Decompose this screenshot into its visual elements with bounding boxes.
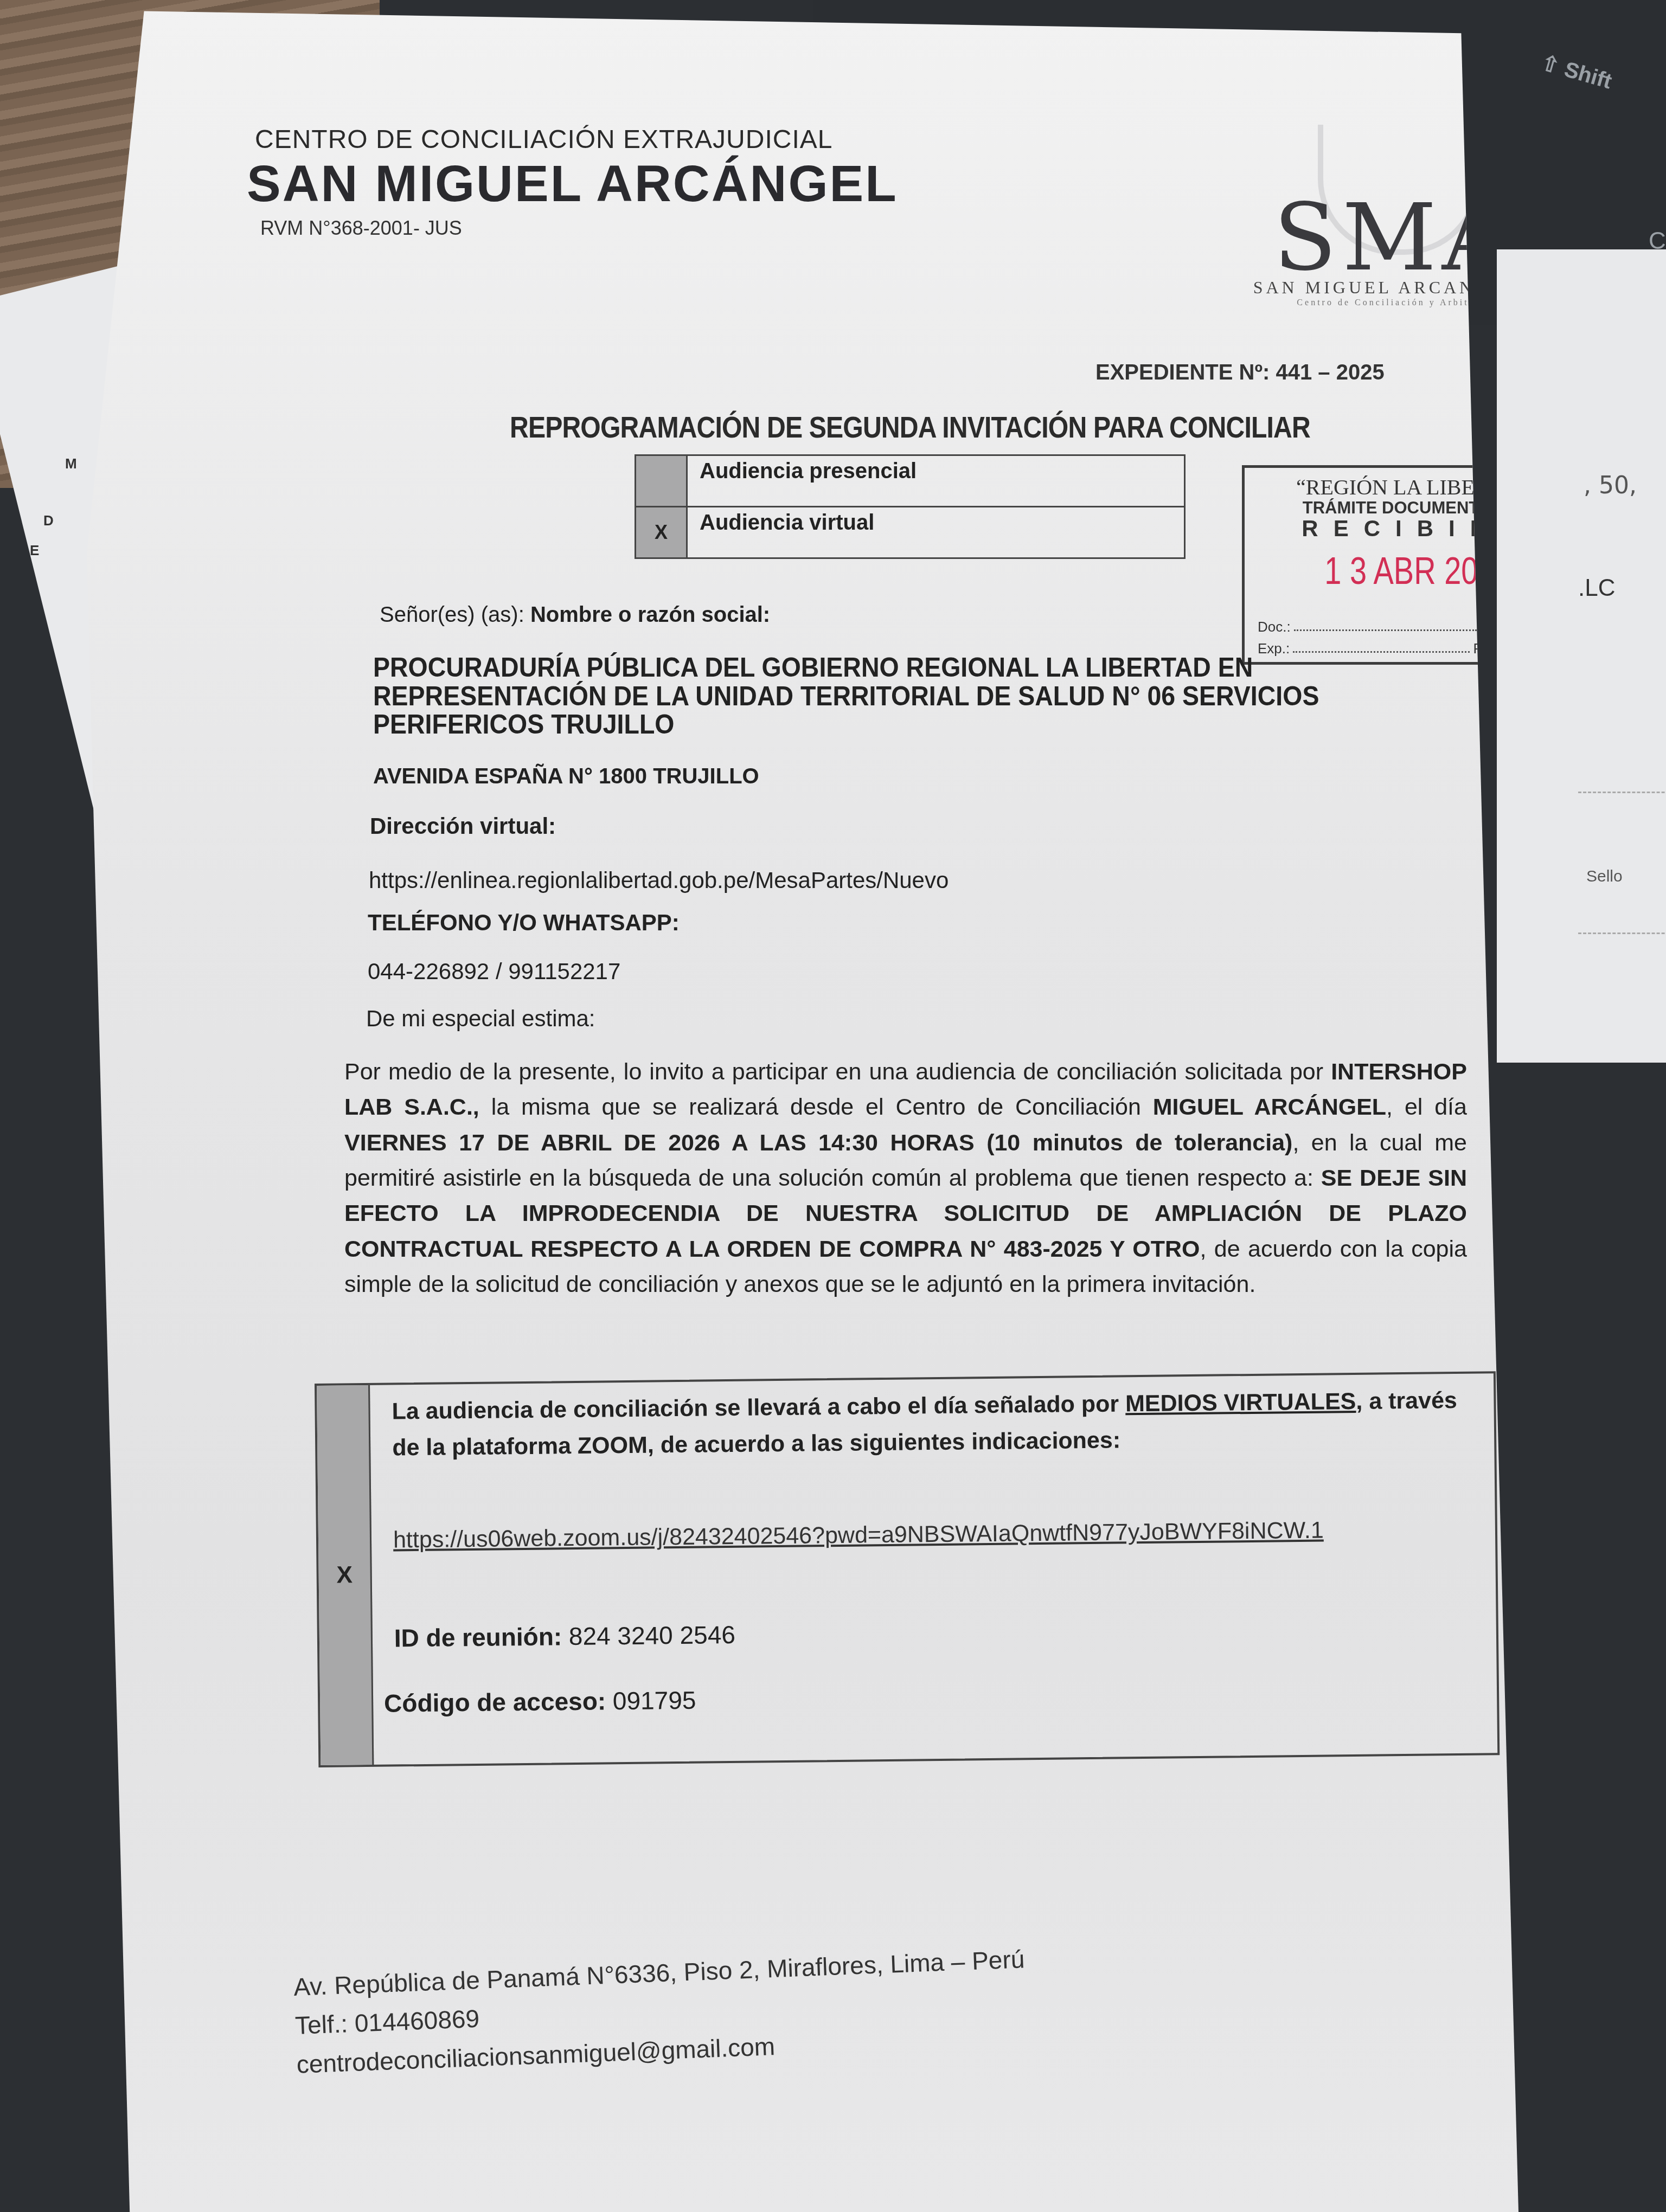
- document-title: REPROGRAMACIÓN DE SEGUNDA INVITACIÓN PAR…: [510, 409, 1310, 445]
- salutation-prefix: Señor(es) (as):: [380, 603, 524, 627]
- body-text: la misma que se realizará desde el Centr…: [479, 1094, 1153, 1120]
- virtual-address-url[interactable]: https://enlinea.regionlalibertad.gob.pe/…: [369, 867, 949, 893]
- stamp-exp-blank: [1293, 640, 1470, 653]
- zoom-checkbox: X: [317, 1385, 374, 1765]
- zoom-meeting-id: ID de reunión: 824 3240 2546: [394, 1620, 736, 1653]
- recipient-address: AVENIDA ESPAÑA N° 1800 TRUJILLO: [373, 764, 759, 789]
- access-code-label: Código de acceso:: [384, 1687, 606, 1717]
- phone-value: 044-226892 / 991152217: [368, 959, 620, 985]
- underlying-sheet-right: , 50, .LC Sello: [1497, 249, 1666, 1063]
- right-sheet-dotted-line: [1578, 792, 1666, 793]
- zoom-intro: La audiencia de conciliación se llevará …: [392, 1382, 1472, 1466]
- modality-table: Audiencia presencial X Audiencia virtual: [635, 454, 1186, 559]
- hearing-datetime: VIERNES 17 DE ABRIL DE 2026 A LAS 14:30 …: [344, 1130, 1292, 1156]
- body-text: , el día: [1386, 1094, 1467, 1120]
- stamp-doc-blank: [1294, 619, 1477, 631]
- recipient-salutation: Señor(es) (as): Nombre o razón social:: [380, 603, 770, 627]
- modality-checkbox: [636, 456, 688, 506]
- left-sheet-letter: E: [30, 542, 39, 559]
- zoom-content: La audiencia de conciliación se llevará …: [370, 1373, 1497, 1765]
- access-code-value: 091795: [613, 1686, 696, 1715]
- modality-row-presencial: Audiencia presencial: [636, 456, 1184, 507]
- footer-contact: Av. República de Panamá N°6336, Piso 2, …: [293, 1940, 1028, 2084]
- salutation-label: Nombre o razón social:: [530, 603, 770, 627]
- right-sheet-sello-label: Sello: [1586, 867, 1623, 886]
- body-text: Por medio de la presente, lo invito a pa…: [344, 1059, 1331, 1085]
- expediente-number: EXPEDIENTE Nº: 441 – 2025: [1095, 361, 1385, 385]
- greeting: De mi especial estima:: [366, 1006, 595, 1032]
- right-sheet-dotted-line: [1578, 933, 1666, 934]
- zoom-intro-emphasis: MEDIOS VIRTUALES: [1125, 1388, 1356, 1417]
- left-sheet-letter: D: [43, 512, 54, 529]
- center-type: CENTRO DE CONCILIACIÓN EXTRAJUDICIAL: [255, 125, 832, 155]
- phone-label: TELÉFONO Y/O WHATSAPP:: [368, 910, 680, 936]
- resolution-number: RVM N°368-2001- JUS: [260, 217, 462, 240]
- zoom-instructions-box: X La audiencia de conciliación se llevar…: [315, 1371, 1500, 1767]
- zoom-access-code: Código de acceso: 091795: [384, 1686, 696, 1718]
- modality-row-virtual: X Audiencia virtual: [636, 507, 1184, 557]
- invitation-body: Por medio de la presente, lo invito a pa…: [344, 1054, 1467, 1303]
- virtual-address-label: Dirección virtual:: [370, 813, 556, 839]
- recipient-entity: PROCURADURÍA PÚBLICA DEL GOBIERNO REGION…: [373, 653, 1382, 739]
- meeting-id-label: ID de reunión:: [394, 1622, 562, 1652]
- zoom-meeting-link[interactable]: https://us06web.zoom.us/j/82432402546?pw…: [393, 1509, 1474, 1560]
- right-sheet-handwriting: , 50,: [1584, 472, 1637, 499]
- zoom-intro-text: La audiencia de conciliación se llevará …: [392, 1391, 1125, 1424]
- meeting-id-value: 824 3240 2546: [569, 1621, 736, 1650]
- modality-checkbox: X: [636, 507, 688, 557]
- left-sheet-letter: M: [65, 455, 77, 472]
- center-name: SAN MIGUEL ARCÁNGEL: [247, 155, 898, 213]
- modality-label: Audiencia virtual: [688, 507, 886, 557]
- center-reference: MIGUEL ARCÁNGEL: [1153, 1094, 1386, 1120]
- right-sheet-fragment: .LC: [1578, 575, 1615, 602]
- modality-label: Audiencia presencial: [688, 456, 928, 506]
- stamp-doc-label: Doc.:: [1258, 619, 1291, 635]
- document-page: CENTRO DE CONCILIACIÓN EXTRAJUDICIAL SAN…: [87, 0, 1518, 2212]
